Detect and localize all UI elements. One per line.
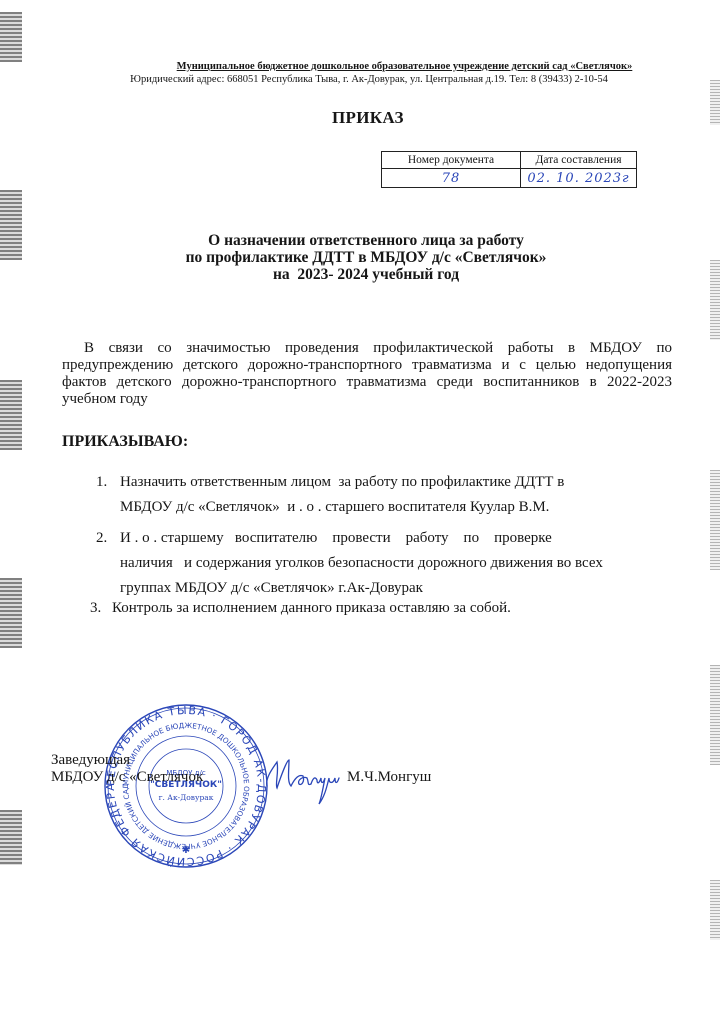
title-line: О назначении ответственного лица за рабо… bbox=[8, 232, 724, 249]
stamp-center-line: г. Ак-Довурак bbox=[159, 793, 214, 802]
doc-number-header: Номер документа bbox=[382, 152, 521, 169]
official-stamp: РЕСПУБЛИКА ТЫВА · ГОРОД АК-ДОВУРАК · РОС… bbox=[103, 703, 269, 869]
organization-name: Муниципальное бюджетное дошкольное образ… bbox=[0, 61, 724, 72]
document-title: О назначении ответственного лица за рабо… bbox=[0, 232, 724, 283]
title-line: по профилактике ДДТТ в МБДОУ д/с «Светля… bbox=[8, 249, 724, 266]
document-info-table: Номер документа Дата составления 78 02. … bbox=[381, 151, 637, 188]
preamble-paragraph: В связи со значимостью проведения профил… bbox=[62, 340, 672, 408]
document-type: ПРИКАЗ bbox=[332, 108, 404, 128]
signatory-role-line: МБДОУ д/с «Светлячок bbox=[51, 769, 203, 786]
item-line: наличия и содержания уголков безопасност… bbox=[120, 551, 603, 576]
signatory-role-line: Заведующая bbox=[51, 752, 203, 769]
item-line: Контроль за исполнением данного приказа … bbox=[112, 596, 511, 621]
scan-artifact bbox=[0, 810, 22, 865]
doc-date-header: Дата составления bbox=[521, 152, 637, 169]
stamp-star-icon: ✱ bbox=[182, 845, 190, 856]
scan-artifact bbox=[710, 665, 720, 765]
item-number: 1. bbox=[96, 470, 107, 495]
scan-artifact bbox=[710, 470, 720, 570]
signatory-name: М.Ч.Монгуш bbox=[347, 769, 431, 786]
item-line: Назначить ответственным лицом за работу … bbox=[120, 470, 564, 495]
scan-artifact bbox=[710, 80, 720, 125]
item-line: И . о . старшему воспитателю провести ра… bbox=[120, 526, 694, 551]
order-heading: ПРИКАЗЫВАЮ: bbox=[62, 433, 188, 451]
doc-number-value: 78 bbox=[382, 169, 521, 188]
scan-artifact bbox=[710, 880, 720, 940]
scan-artifact bbox=[0, 380, 22, 450]
item-line: МБДОУ д/с «Светлячок» и . о . старшего в… bbox=[120, 495, 549, 520]
table-header-row: Номер документа Дата составления bbox=[382, 152, 637, 169]
table-value-row: 78 02. 10. 2023г bbox=[382, 169, 637, 188]
order-item-3: 3. Контроль за исполнением данного прика… bbox=[90, 596, 690, 621]
item-number: 3. bbox=[90, 596, 101, 621]
scan-artifact bbox=[0, 12, 22, 62]
scan-artifact bbox=[0, 578, 22, 648]
item-number: 2. bbox=[96, 526, 107, 551]
order-item-2: 2. И . о . старшему воспитателю провести… bbox=[96, 526, 696, 601]
signatory-role: Заведующая МБДОУ д/с «Светлячок bbox=[51, 752, 203, 786]
handwritten-signature bbox=[263, 748, 343, 808]
organization-address: Юридический адрес: 668051 Республика Тыв… bbox=[0, 74, 724, 85]
doc-date-value: 02. 10. 2023г bbox=[521, 169, 637, 188]
title-line: на 2023- 2024 учебный год bbox=[8, 266, 724, 283]
order-item-1: 1. Назначить ответственным лицом за рабо… bbox=[96, 470, 696, 520]
